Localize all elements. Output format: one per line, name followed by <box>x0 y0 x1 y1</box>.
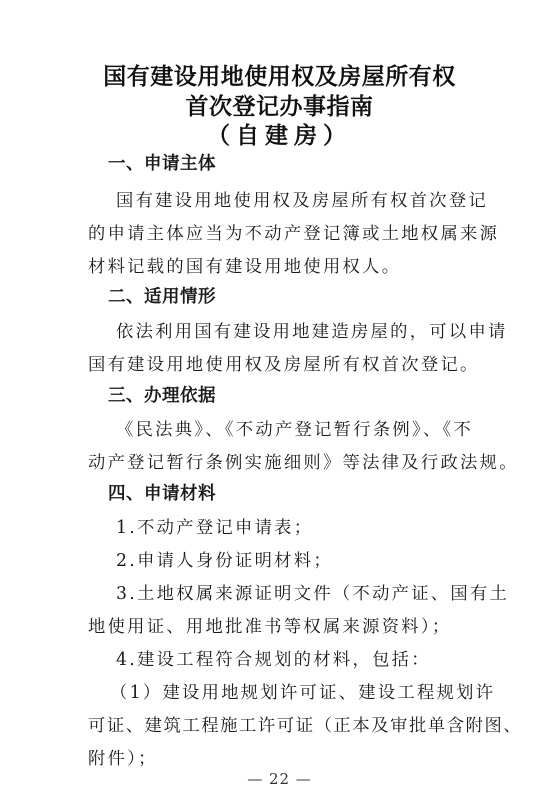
paragraph-line: 依法利用国有建设用地建造房屋的，可以申请 <box>116 320 536 344</box>
paragraph-line: 国有建设用地使用权及房屋所有权首次登记 <box>116 189 536 213</box>
sub-list-item: （1）建设用地规划许可证、建设工程规划许 <box>110 681 530 705</box>
paragraph-line: 材料记载的国有建设用地使用权人。 <box>88 255 508 279</box>
section-heading-4: 四、申请材料 <box>108 482 528 506</box>
sub-list-item-continued: 可证、建筑工程施工许可证（正本及审批单含附图、 <box>88 714 508 738</box>
page-number: — 22 — <box>0 770 559 788</box>
sub-list-item-continued: 附件）； <box>88 747 508 771</box>
paragraph-line: 的申请主体应当为不动产登记簿或土地权属来源 <box>88 222 508 246</box>
section-heading-1: 一、申请主体 <box>108 152 528 176</box>
list-item: 2.申请人身份证明材料； <box>116 549 536 573</box>
title-line-1: 国有建设用地使用权及房屋所有权 <box>0 58 559 91</box>
list-item: 4.建设工程符合规划的材料，包括： <box>116 648 536 672</box>
paragraph-line: 《民法典》、《不动产登记暂行条例》、《不 <box>116 418 536 442</box>
paragraph-line: 国有建设用地使用权及房屋所有权首次登记。 <box>88 353 508 377</box>
section-heading-2: 二、适用情形 <box>108 285 528 309</box>
paragraph-line: 动产登记暂行条例实施细则》等法律及行政法规。 <box>88 451 508 475</box>
list-item: 1.不动产登记申请表； <box>116 516 536 540</box>
list-item-continued: 地使用证、用地批准书等权属来源资料）； <box>88 615 508 639</box>
section-heading-3: 三、办理依据 <box>108 384 528 408</box>
list-item: 3.土地权属来源证明文件（不动产证、国有土 <box>116 582 536 606</box>
title-line-3: （自建房） <box>0 117 559 150</box>
